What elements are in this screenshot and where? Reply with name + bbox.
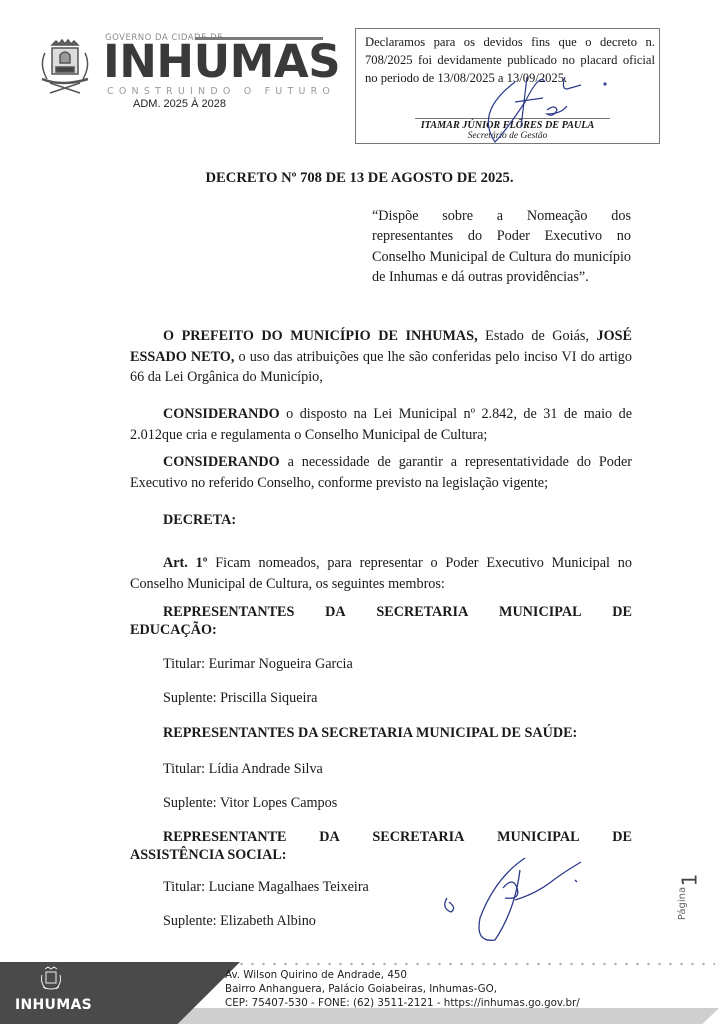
page-number: 1 [677,874,701,887]
heading-word: SECRETARIA [376,603,468,621]
footer-band [170,1008,719,1024]
slogan: CONSTRUINDO O FUTURO [107,86,335,97]
decree-title: DECRETO Nº 708 DE 13 DE AGOSTO DE 2025. [0,170,719,187]
section-heading-education: REPRESENTANTES DA SECRETARIA MUNICIPAL D… [130,603,632,639]
address-line: Av. Wilson Quirino de Andrade, 450 [225,968,580,982]
member-titular: Titular: Eurimar Nogueira Garcia [163,656,353,673]
section-heading-health: REPRESENTANTES DA SECRETARIA MUNICIPAL D… [163,725,577,742]
mayor-signature-icon [435,848,605,948]
considerando-paragraph-1: CONSIDERANDO o disposto na Lei Municipal… [130,404,632,445]
member-suplente: Suplente: Elizabeth Albino [163,913,316,930]
page-label: Página [677,887,688,920]
heading-word: MUNICIPAL [499,603,582,621]
heading-word: DE [612,603,632,621]
administration-period: ADM. 2025 À 2028 [133,98,226,110]
member-titular: Titular: Lídia Andrade Silva [163,761,323,778]
coat-of-arms-icon [30,35,100,97]
considerando-paragraph-2: CONSIDERANDO a necessidade de garantir a… [130,452,632,493]
member-suplente: Suplente: Priscilla Siqueira [163,690,317,707]
member-suplente: Suplente: Vitor Lopes Campos [163,795,337,812]
heading-word: MUNICIPAL [497,828,580,846]
signature-icon [455,62,625,146]
footer-coat-of-arms-icon [38,965,64,993]
heading-word: REPRESENTANTE [163,828,287,846]
contact-line: CEP: 75407-530 - FONE: (62) 3511-2121 - … [225,996,580,1010]
decreta-heading: DECRETA: [163,512,236,529]
footer-brand: INHUMAS [15,997,92,1013]
member-titular: Titular: Luciane Magalhaes Teixeira [163,879,369,896]
heading-word: DE [612,828,632,846]
heading-word: SECRETARIA [372,828,464,846]
article-label: Art. 1º [163,555,207,571]
decree-summary: “Dispõe sobre a Nomeação dos representan… [372,206,631,287]
heading-word: DA [319,828,340,846]
footer-address: Av. Wilson Quirino de Andrade, 450 Bairr… [225,968,580,1010]
brand-logo-text: INHUMAS [103,38,340,86]
address-line: Bairro Anhanguera, Palácio Goiabeiras, I… [225,982,580,996]
heading-word: DA [325,603,346,621]
article-1: Art. 1º Ficam nomeados, para representar… [130,553,632,594]
preamble-bold-1: O PREFEITO DO MUNICÍPIO DE INHUMAS, [163,328,478,344]
considerando-label: CONSIDERANDO [163,454,280,470]
footer-dotted-line [225,962,715,966]
considerando-label: CONSIDERANDO [163,406,280,422]
page-number-indicator: Página 1 [670,880,719,920]
heading-word: REPRESENTANTES [163,603,294,621]
preamble-text-1: Estado de Goiás, [478,328,597,344]
preamble-paragraph: O PREFEITO DO MUNICÍPIO DE INHUMAS, Esta… [130,326,632,388]
heading-tail: EDUCAÇÃO: [130,621,632,639]
